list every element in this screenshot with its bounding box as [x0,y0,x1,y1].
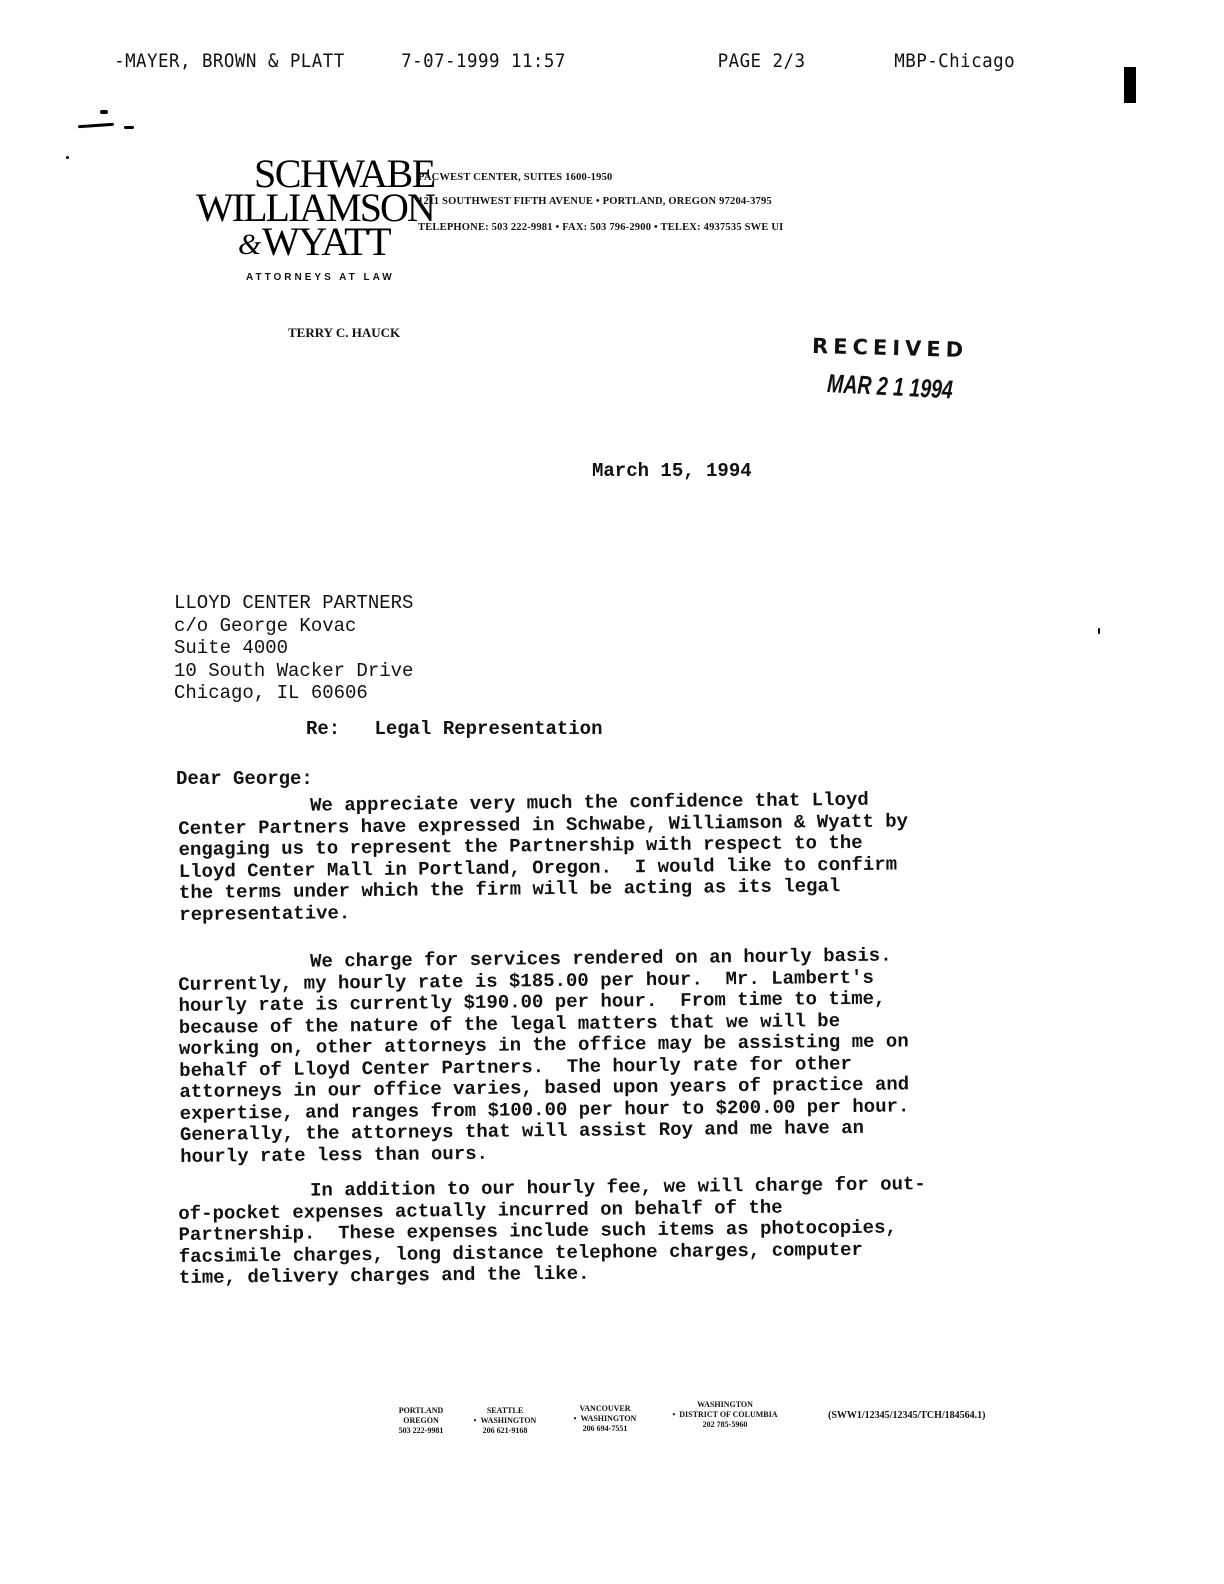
logo-ampersand: & [238,230,261,260]
office-region: DISTRICT OF COLUMBIA [679,1410,777,1419]
fax-header: -MAYER, BROWN & PLATT 7-07-1999 11:57 PA… [0,50,1126,80]
recipient-line: c/o George Kovac [174,615,413,638]
attorney-name: TERRY C. HAUCK [288,325,400,341]
office-phone: 202 785-5960 [650,1420,800,1430]
bullet-icon: • [474,1416,477,1425]
received-stamp-label: RECEIVED [812,334,969,362]
office-city: WASHINGTON [650,1400,800,1410]
firm-address-line-2: 1211 SOUTHWEST FIFTH AVENUE • PORTLAND, … [418,196,772,207]
bullet-icon: • [574,1414,577,1423]
recipient-line: LLOYD CENTER PARTNERS [174,592,413,615]
scan-speck [124,126,134,129]
letter-date: March 15, 1994 [592,460,752,482]
scan-speck [1098,628,1100,634]
office-city: PORTLAND [396,1406,446,1416]
office-seattle: SEATTLE •WASHINGTON 206 621-9168 [460,1406,550,1436]
recipient-line: 10 South Wacker Drive [174,660,413,683]
office-region: WASHINGTON [480,1416,536,1425]
fax-datetime: 7-07-1999 11:57 [401,50,566,72]
firm-address-line-1: PACWEST CENTER, SUITES 1600-1950 [418,172,612,183]
office-region: WASHINGTON [580,1414,636,1423]
fax-page-number: PAGE 2/3 [718,50,806,72]
received-stamp-date: MAR 2 1 1994 [826,368,953,406]
recipient-line: Chicago, IL 60606 [174,682,413,705]
fax-sender: -MAYER, BROWN & PLATT [114,50,345,72]
document-reference: (SWW1/12345/12345/TCH/184564.1) [828,1410,986,1421]
salutation: Dear George: [176,768,313,790]
scan-speck [78,123,114,129]
office-city: SEATTLE [460,1406,550,1416]
scan-edge-mark [1124,67,1136,103]
office-phone: 206 621-9168 [460,1426,550,1436]
office-region: OREGON [396,1416,446,1426]
paragraph-engagement: We appreciate very much the confidence t… [178,788,1059,926]
recipient-address: LLOYD CENTER PARTNERS c/o George Kovac S… [174,592,413,705]
paragraph-rates: We charge for services rendered on an ho… [178,944,1060,1168]
paragraph-expenses: In addition to our hourly fee, we will c… [178,1173,1059,1290]
bullet-icon: • [672,1410,675,1419]
office-city: VANCOUVER [560,1404,650,1414]
office-phone: 503 222-9981 [396,1426,446,1436]
recipient-line: Suite 4000 [174,637,413,660]
fax-location: MBP-Chicago [894,50,1015,72]
subject-line: Re: Legal Representation [306,718,602,740]
office-washington-dc: WASHINGTON •DISTRICT OF COLUMBIA 202 785… [650,1400,800,1430]
subject-label: Re: [306,718,340,740]
firm-tagline: ATTORNEYS AT LAW [246,272,395,283]
subject-text: Legal Representation [374,718,602,740]
office-portland: PORTLAND OREGON 503 222-9981 [396,1406,446,1436]
firm-contact-line: TELEPHONE: 503 222-9981 • FAX: 503 796-2… [418,222,783,233]
logo-wyatt: WYATT [262,222,390,262]
office-phone: 206 694-7551 [560,1424,650,1434]
scan-speck [100,110,108,114]
scan-speck [66,156,69,159]
office-vancouver: VANCOUVER •WASHINGTON 206 694-7551 [560,1404,650,1434]
